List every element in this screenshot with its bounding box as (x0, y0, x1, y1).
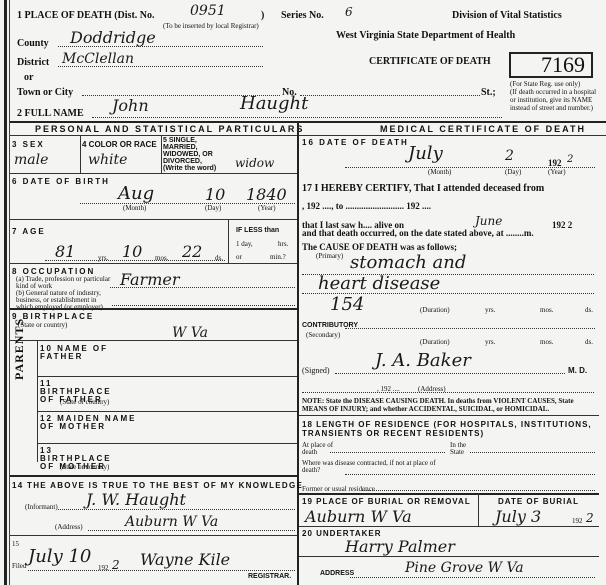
marital-value: widow (235, 156, 274, 170)
district-value: McClellan (62, 51, 134, 67)
age-years: 81 (55, 242, 75, 261)
duration-mos: mos. (540, 306, 553, 314)
hospital-note: (If death occurred in a hospital or inst… (510, 88, 602, 112)
sex-label: 3 SEX (12, 140, 45, 149)
certify-text: 17 I HEREBY CERTIFY, That I attended dec… (302, 183, 544, 194)
signed-label: (Signed) (302, 366, 330, 375)
dod-month-caption: (Month) (428, 168, 451, 176)
contrib-duration-caption: (Duration) (420, 338, 450, 346)
burial-place: Auburn W Va (305, 507, 412, 526)
death-certificate: 1 PLACE OF DEATH (Dist. No. 0951 ) (To b… (0, 0, 606, 585)
burial-date-label: DATE OF BURIAL (498, 497, 579, 506)
informant-value: J. W. Haught (86, 490, 186, 509)
dist-note: (To be inserted by local Registrar) (163, 22, 259, 30)
series-no: 6 (345, 5, 353, 19)
certificate-number: 7169 (509, 52, 593, 78)
sex-value: male (14, 152, 48, 168)
father-birthplace-caption: (State or country) (60, 398, 109, 406)
registrar-name: Wayne Kile (140, 550, 230, 569)
occupation-a: (a) Trade, profession or particular kind… (16, 276, 114, 290)
death-occurred-text: and that death occurred, on the date sta… (302, 228, 534, 238)
contrib-ds: ds. (585, 338, 593, 346)
place-of-death-label: 1 PLACE OF DEATH (Dist. No. (17, 10, 155, 21)
less-than-label: IF LESS than (236, 227, 279, 234)
dob-label: 6 DATE OF BIRTH (12, 177, 110, 186)
dob-month: Aug (118, 183, 154, 204)
county-label: County (17, 38, 49, 49)
division-title: Division of Vital Statistics (452, 10, 562, 21)
disease-contracted-label: Where was disease contracted, if not at … (302, 460, 442, 474)
month-caption: (Month) (123, 204, 146, 212)
age-months: 10 (122, 242, 142, 261)
dod-month: July (408, 143, 443, 164)
dob-day: 10 (205, 185, 225, 204)
informant-address-label: (Address) (55, 523, 83, 531)
one-day-label: 1 day, (236, 240, 253, 248)
left-border-inner (9, 0, 10, 585)
left-border (4, 0, 7, 585)
informant-label: (Informant) (25, 503, 58, 511)
dob-year: 1840 (246, 185, 287, 204)
father-name-label: 10 NAME OF FATHER (40, 345, 120, 361)
county-value: Doddridge (70, 28, 156, 47)
burial-year-suffix: 2 (586, 511, 594, 525)
age-label: 7 AGE (12, 227, 46, 236)
last-saw-year: 192 2 (552, 220, 572, 230)
filed-date: July 10 (28, 546, 91, 567)
dod-day-caption: (Day) (505, 168, 521, 176)
state-reg-note: (For State Reg. use only) (510, 80, 580, 88)
undertaker-name: Harry Palmer (345, 537, 455, 556)
registrar-label: REGISTRAR. (248, 573, 291, 580)
or-label: or (24, 72, 33, 83)
undertaker-address: Pine Grove W Va (405, 560, 524, 576)
contrib-mos: mos. (540, 338, 553, 346)
note-text: NOTE: State the DISEASE CAUSING DEATH. I… (302, 397, 598, 413)
cause-line-2: heart disease (318, 273, 440, 294)
medical-section-title: MEDICAL CERTIFICATE OF DEATH (380, 124, 586, 134)
knowledge-label: 14 THE ABOVE IS TRUE TO THE BEST OF MY K… (12, 481, 303, 490)
age-days: 22 (182, 242, 202, 261)
contrib-yrs: yrs. (485, 338, 495, 346)
personal-section-title: PERSONAL AND STATISTICAL PARTICULARS (35, 124, 304, 134)
town-label: Town or City (17, 87, 73, 98)
birthplace-value: W Va (172, 325, 208, 341)
duration-ds: ds. (585, 306, 593, 314)
dist-no: 0951 (190, 3, 226, 19)
primary-caption: (Primary) (316, 252, 343, 260)
physician-signature: J. A. Baker (375, 350, 471, 371)
mother-name-label: 12 MAIDEN NAME OF MOTHER (40, 415, 140, 431)
cause-code: 154 (330, 294, 364, 315)
last-name: Haught (240, 93, 308, 114)
dod-day: 2 (505, 148, 514, 164)
at-place-label: At place of death (302, 442, 336, 456)
st-label: St.; (481, 87, 496, 98)
or-min-label: or (236, 253, 242, 261)
md-label: M. D. (568, 366, 587, 375)
residence-label: 18 LENGTH OF RESIDENCE (FOR HOSPITALS, I… (302, 420, 598, 438)
undertaker-address-label: ADDRESS (320, 570, 354, 577)
hrs-label: hrs. (278, 240, 288, 248)
from-to-text: , 192 ...., to .........................… (302, 201, 431, 211)
min-label: min.? (270, 253, 286, 261)
informant-address: Auburn W Va (125, 514, 218, 530)
department-title: West Virginia State Department of Health (336, 30, 515, 41)
last-saw-value: June (475, 214, 502, 228)
mother-birthplace-caption: (State or country) (60, 463, 109, 471)
marital-label: 5 SINGLE, MARRIED, WIDOWED, OR DIVORCED,… (163, 137, 223, 172)
secondary-caption: (Secondary) (306, 331, 340, 339)
filed-number: 15 (12, 540, 19, 548)
series-label: Series No. (281, 10, 324, 21)
certificate-title: CERTIFICATE OF DEATH (369, 56, 491, 67)
in-state-label: In the State (450, 442, 480, 456)
date-of-death-label: 16 DATE OF DEATH (302, 138, 409, 147)
former-residence-label: Former or usual residence (302, 485, 375, 493)
burial-year-prefix: 192 (572, 517, 583, 525)
dod-year-caption: (Year) (548, 168, 566, 176)
full-name-label: 2 FULL NAME (17, 108, 84, 119)
burial-label: 19 PLACE OF BURIAL OR REMOVAL (302, 497, 471, 506)
district-label: District (17, 57, 49, 68)
cause-label: The CAUSE OF DEATH was as follows; (302, 242, 457, 252)
race-label: 4 COLOR OR RACE (82, 140, 157, 149)
parents-label: PARENTS (12, 318, 27, 380)
duration-caption: (Duration) (420, 306, 450, 314)
race-value: white (88, 152, 127, 168)
first-name: John (112, 96, 149, 115)
duration-yrs: yrs. (485, 306, 495, 314)
filed-label: Filed (12, 562, 26, 570)
dod-year-suffix: 2 (567, 154, 573, 165)
burial-date: July 3 (495, 507, 541, 526)
year-caption: (Year) (258, 204, 276, 212)
cause-line-1: stomach and (350, 252, 466, 273)
day-caption: (Day) (205, 204, 221, 212)
